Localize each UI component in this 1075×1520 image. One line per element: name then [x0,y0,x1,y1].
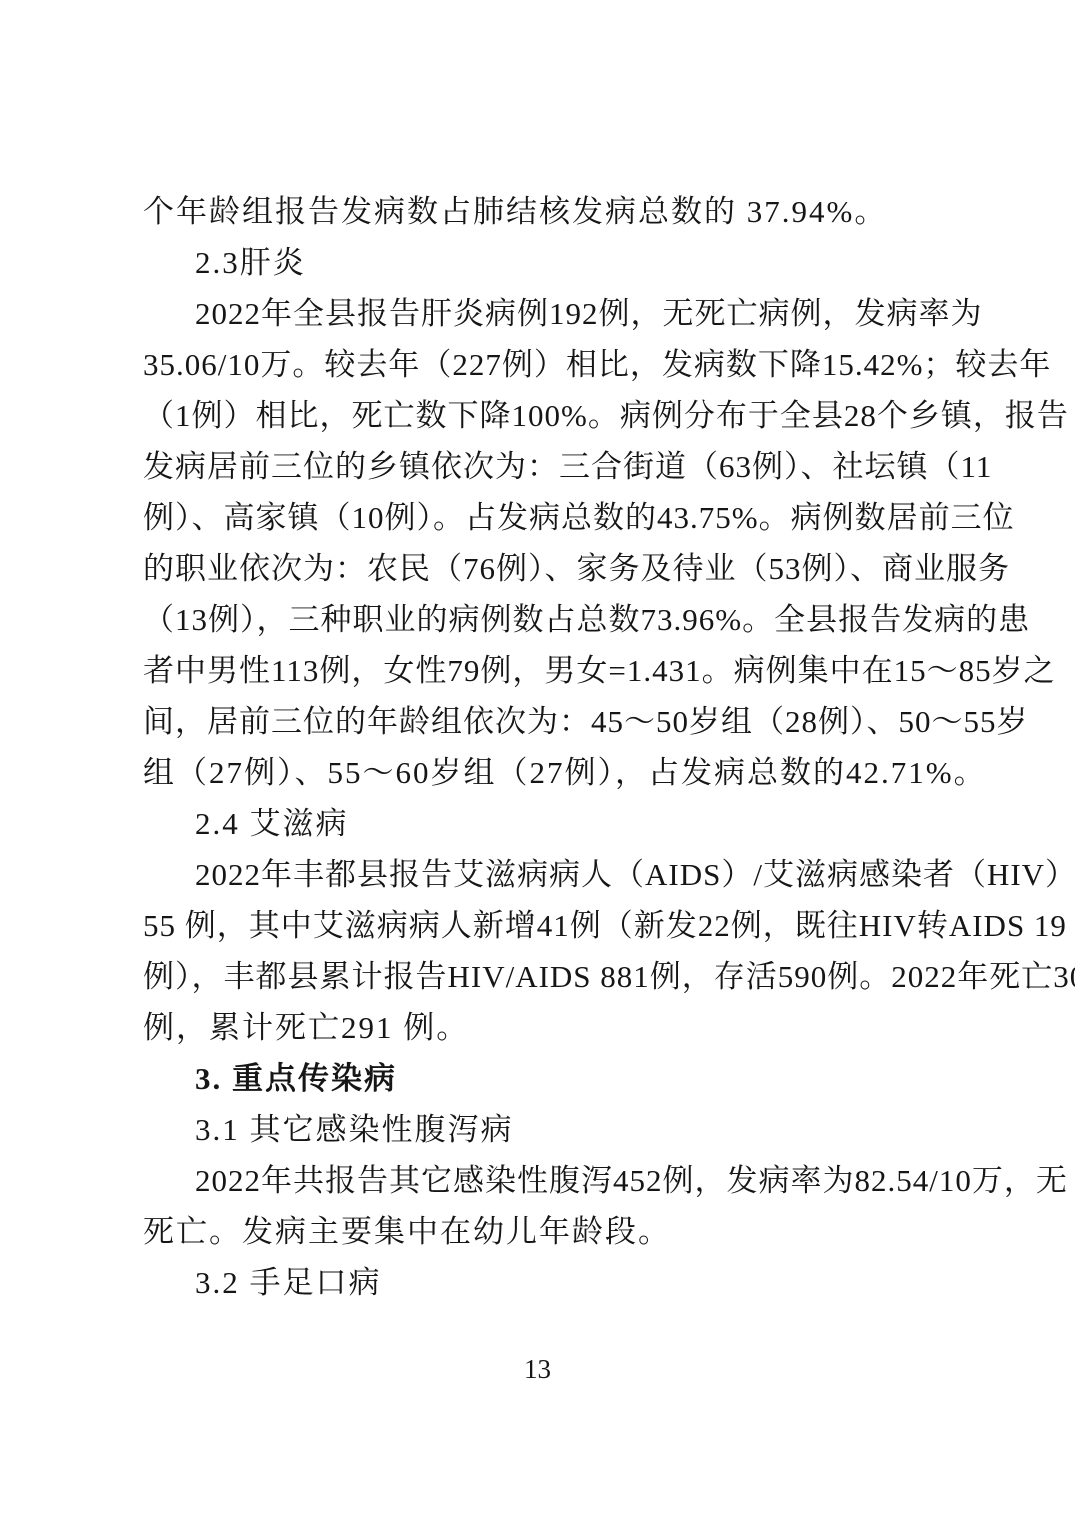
text-line: 55 例，其中艾滋病病人新增41例（新发22例，既往HIV转AIDS 19 [143,900,948,951]
text-line: 者中男性113例，女性79例，男女=1.431。病例集中在15～85岁之 [143,645,948,696]
document-page: 个年龄组报告发病数占肺结核发病总数的 37.94%。 2.3肝炎 2022年全县… [0,0,1075,1520]
text-line: 组（27例）、55～60岁组（27例），占发病总数的42.71%。 [143,747,948,798]
text-line: 2022年共报告其它感染性腹泻452例，发病率为82.54/10万，无 [143,1155,948,1206]
heading-3-key-infectious-diseases: 3. 重点传染病 [143,1053,948,1104]
text-line: 2022年全县报告肝炎病例192例，无死亡病例，发病率为 [143,288,948,339]
text-line: 的职业依次为：农民（76例）、家务及待业（53例）、商业服务 [143,543,948,594]
text-line: 死亡。发病主要集中在幼儿年龄段。 [143,1206,948,1257]
heading-2-4-aids: 2.4 艾滋病 [143,798,948,849]
heading-3-1-other-infectious-diarrhea: 3.1 其它感染性腹泻病 [143,1104,948,1155]
text-line: 发病居前三位的乡镇依次为：三合街道（63例）、社坛镇（11 [143,441,948,492]
text-line: 35.06/10万。较去年（227例）相比，发病数下降15.42%；较去年 [143,339,948,390]
text-line: （1例）相比，死亡数下降100%。病例分布于全县28个乡镇，报告 [143,390,948,441]
paragraph-continuation-line: 个年龄组报告发病数占肺结核发病总数的 37.94%。 [143,186,948,237]
text-line: 例），丰都县累计报告HIV/AIDS 881例，存活590例。2022年死亡30 [143,951,948,1002]
document-body: 个年龄组报告发病数占肺结核发病总数的 37.94%。 2.3肝炎 2022年全县… [143,186,948,1308]
heading-2-3-hepatitis: 2.3肝炎 [143,237,948,288]
text-line: 2022年丰都县报告艾滋病病人（AIDS）/艾滋病感染者（HIV） [143,849,948,900]
text-line: （13例），三种职业的病例数占总数73.96%。全县报告发病的患 [143,594,948,645]
heading-3-2-hfmd: 3.2 手足口病 [143,1257,948,1308]
page-number: 13 [0,1352,1075,1386]
text-line: 例，累计死亡291 例。 [143,1002,948,1053]
text-line: 间，居前三位的年龄组依次为：45～50岁组（28例）、50～55岁 [143,696,948,747]
text-line: 例）、高家镇（10例）。占发病总数的43.75%。病例数居前三位 [143,492,948,543]
